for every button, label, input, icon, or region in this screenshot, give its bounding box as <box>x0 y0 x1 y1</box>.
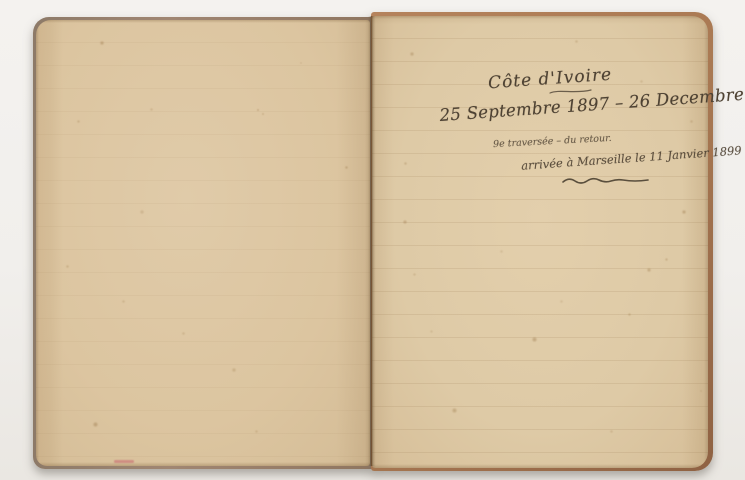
foxing-spot <box>640 80 643 83</box>
foxing-spot <box>430 330 433 333</box>
arrival-underline-squiggle <box>561 176 651 187</box>
foxing-spot <box>500 250 503 253</box>
foxing-spot <box>140 210 144 214</box>
foxing-spot <box>182 332 185 335</box>
foxing-spot <box>610 430 613 433</box>
foxing-spot <box>232 368 236 372</box>
foxing-spot <box>262 113 264 115</box>
foxing-spot <box>410 52 414 56</box>
foxing-spot <box>122 300 125 303</box>
foxing-spot <box>403 220 407 224</box>
foxing-spot <box>700 390 702 392</box>
foxing-spot <box>150 108 153 111</box>
foxing-spot <box>452 408 457 413</box>
foxing-spot <box>93 422 98 427</box>
foxing-spot <box>257 109 259 111</box>
foxing-spot <box>665 258 668 261</box>
foxing-spot <box>100 41 104 45</box>
foxing-spot <box>66 265 69 268</box>
left-page-blank <box>36 20 370 466</box>
foxing-spot <box>413 273 416 276</box>
foxing-spot <box>690 120 693 123</box>
foxing-spot <box>345 166 348 169</box>
spine-gutter <box>368 16 375 466</box>
foxing-spot <box>77 120 80 123</box>
foxing-spot <box>575 40 578 43</box>
pink-edge-stain <box>114 460 134 463</box>
foxing-spot <box>560 300 563 303</box>
foxing-spot <box>255 430 258 433</box>
foxing-spot <box>300 62 302 64</box>
foxing-spot <box>404 162 407 165</box>
foxing-spot <box>532 337 537 342</box>
notebook-scan: Côte d'Ivoire 25 Septembre 1897 – 26 Dec… <box>0 0 745 480</box>
foxing-spot <box>682 210 686 214</box>
foxing-spot <box>647 268 651 272</box>
foxing-spot <box>628 313 631 316</box>
